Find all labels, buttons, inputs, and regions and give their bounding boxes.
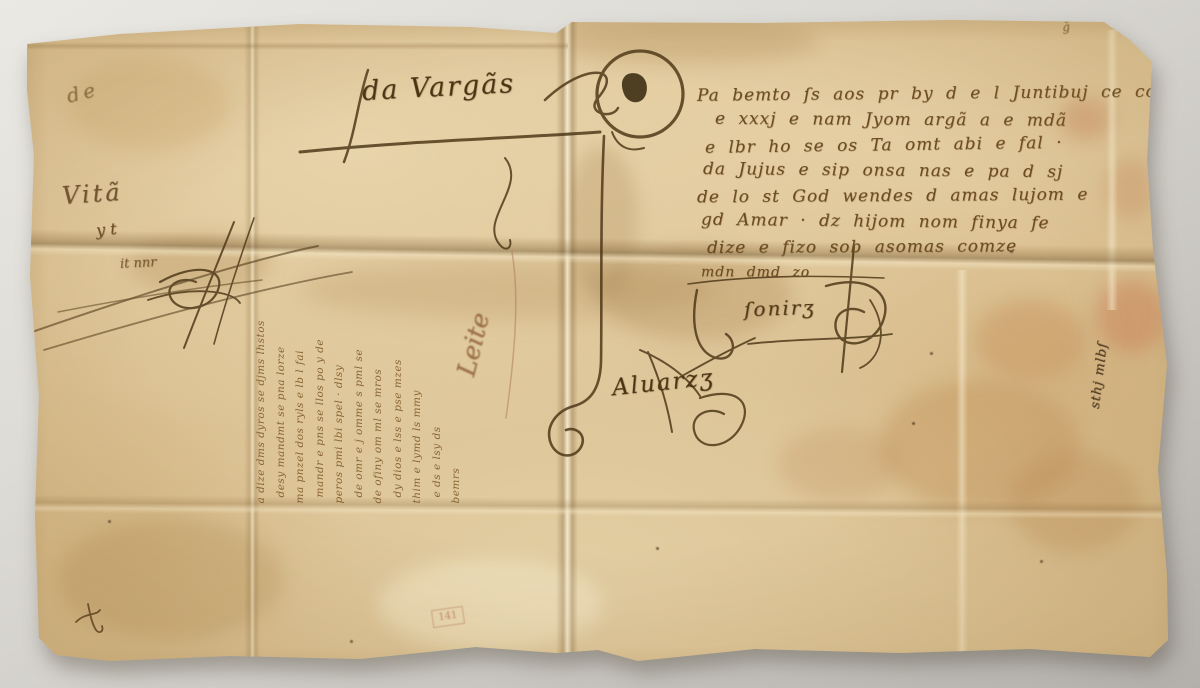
faint-mark: ğ <box>1061 20 1070 35</box>
ink-speck <box>656 547 659 550</box>
text-line: thim e lymd ls mmy <box>408 258 428 503</box>
alvarez-loop-flourish <box>694 394 745 445</box>
text-line: de omr e j omme s pml se <box>350 258 370 497</box>
photo-backdrop: de ğ da Vargãs Vitã y t it nnr Pa bemto … <box>0 0 1200 688</box>
text-line: dize e fizo sob asomas comze <box>707 234 1127 262</box>
crossed-note-line: y t <box>95 219 117 240</box>
rotated-text-block: a dize dms dyros se djms lhstos desy man… <box>252 258 482 503</box>
notarial-tail <box>612 132 644 149</box>
stain <box>975 300 1085 380</box>
text-line: ma pnzel dos ryls e lb l fai <box>291 258 311 503</box>
stain <box>68 58 230 150</box>
ink-speck <box>912 422 915 425</box>
worn-light-patch <box>378 558 603 650</box>
ink-speck <box>930 352 933 355</box>
stain <box>1010 452 1140 552</box>
ink-blot <box>622 73 647 102</box>
stain <box>778 428 900 500</box>
crossed-note-line: it nnr <box>120 255 157 272</box>
vita-note: Vitã <box>61 178 123 210</box>
second-signature: ſonirʒ <box>744 295 816 321</box>
edge-docket-note: sthj mlbſ <box>1083 298 1117 454</box>
parchment-document: de ğ da Vargãs Vitã y t it nnr Pa bemto … <box>0 0 1200 688</box>
horizontal-crease-top <box>28 42 568 50</box>
vargas-signature: da Vargãs <box>361 68 516 107</box>
parchment-surface: de ğ da Vargãs Vitã y t it nnr Pa bemto … <box>0 0 1200 688</box>
ink-speck <box>1040 560 1043 563</box>
vargas-right-swash <box>545 73 618 114</box>
text-line: a dize dms dyros se djms lhstos <box>252 258 272 503</box>
alvarez-signature: Aluarzʒ <box>611 365 716 402</box>
second-signature-rubric <box>826 282 885 343</box>
text-line: gd Amar · dz hijom nom finya fe <box>701 207 1127 237</box>
second-signature-underline <box>748 334 892 344</box>
notarial-circle-mark <box>597 51 683 137</box>
ink-speck <box>350 640 353 643</box>
ink-speck <box>108 520 111 523</box>
text-line: desy mandmt se pna lorze <box>272 258 292 497</box>
vargas-descender <box>494 158 511 249</box>
vargas-underline-flourish <box>300 132 600 152</box>
text-line: peros pmi lbi spel · dlsy <box>330 258 350 503</box>
text-line: dy dios e lss e pse mzes <box>389 258 409 497</box>
text-line: mdn dmd zo <box>701 260 1127 287</box>
text-line: de lo st God wendes d amas lujom e <box>697 182 1127 211</box>
stain <box>558 20 820 62</box>
text-line: mandr e pns se llos po y de <box>311 258 331 497</box>
text-line: da Jujus e sip onsa nas e pa d sj <box>703 157 1127 186</box>
second-signature-rubric <box>860 300 881 368</box>
stain <box>58 518 283 640</box>
text-line: e ds e lsy ds <box>428 258 448 497</box>
main-text-block: Pa bemto ſs aos pr by d e l Juntibuj ce … <box>697 82 1127 286</box>
rotated-text-inner: a dize dms dyros se djms lhstos desy man… <box>252 258 482 503</box>
text-line: de ofiny om ml se mros <box>369 258 389 503</box>
text-line: Pa bemto ſs aos pr by d e l Juntibuj ce … <box>697 80 1127 109</box>
stain <box>566 146 638 296</box>
